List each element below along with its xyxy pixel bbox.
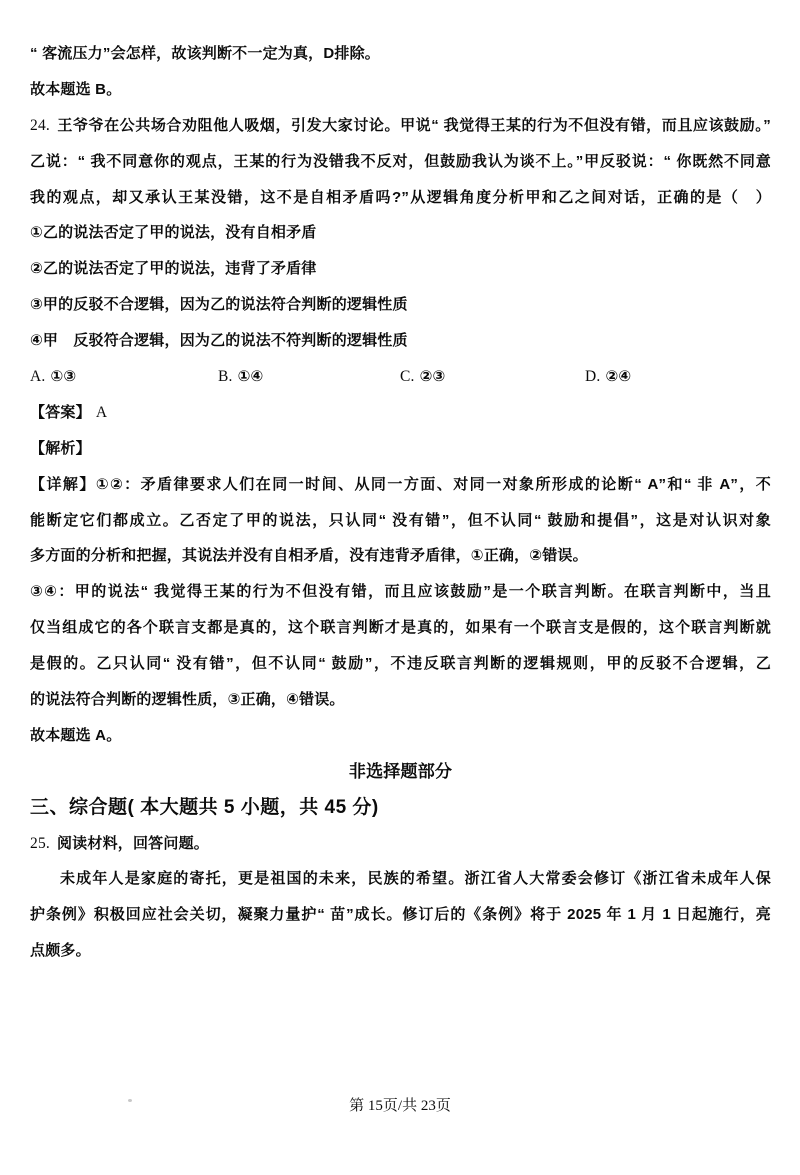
choice-c-label: C. — [400, 368, 415, 385]
question-24-choice-row: A.①③ B.①④ C.②③ D.②④ — [30, 359, 771, 395]
question-24-option-3: ③甲的反驳不合逻辑，因为乙的说法符合判断的逻辑性质 — [30, 287, 771, 323]
question-24-number: 24. — [30, 117, 50, 134]
question-24-stem-line-1: 24.王爷爷在公共场合劝阻他人吸烟，引发大家讨论。甲说“ 我觉得王某的行为不但没… — [30, 108, 771, 144]
material-line-3: 点颇多。 — [30, 933, 771, 969]
choice-a-value: ①③ — [50, 368, 76, 385]
choice-d: D.②④ — [585, 359, 631, 395]
detail-line-5: 仅当组成它的各个联言支都是真的，这个联言判断才是真的，如果有一个联言支是假的，这… — [30, 610, 771, 646]
question-24-stem-line-2: 乙说：“ 我不同意你的观点，王某的行为没错我不反对，但鼓励我认为谈不上。”甲反驳… — [30, 144, 771, 180]
question-24-option-4: ④甲 反驳符合逻辑，因为乙的说法不符判断的逻辑性质 — [30, 323, 771, 359]
answer-label: 【答案】 — [30, 404, 91, 421]
detail-line-4: ③④：甲的说法“ 我觉得王某的行为不但没有错，而且应该鼓励”是一个联言判断。在联… — [30, 574, 771, 610]
question-24-conclusion: 故本题选 A。 — [30, 718, 771, 754]
material-line-1: 未成年人是家庭的寄托，更是祖国的未来，民族的希望。浙江省人大常委会修订《浙江省未… — [30, 861, 771, 897]
question-24-stem-text: 王爷爷在公共场合劝阻他人吸烟，引发大家讨论。甲说“ 我觉得王某的行为不但没有错，… — [57, 117, 771, 134]
exam-document-page: “ 客流压力”会怎样，故该判断不一定为真，D排除。 故本题选 B。 24.王爷爷… — [0, 0, 800, 969]
question-24-option-1: ①乙的说法否定了甲的说法，没有自相矛盾 — [30, 215, 771, 251]
detail-line-1: 【详解】①②：矛盾律要求人们在同一时间、从同一方面、对同一对象所形成的论断“ A… — [30, 467, 771, 503]
material-line-2: 护条例》积极回应社会关切，凝聚力量护“ 苗”成长。修订后的《条例》将于 2025… — [30, 897, 771, 933]
choice-d-value: ②④ — [605, 368, 631, 385]
question-24-option-2: ②乙的说法否定了甲的说法，违背了矛盾律 — [30, 251, 771, 287]
detail-line-3: 多方面的分析和把握，其说法并没有自相矛盾，没有违背矛盾律，①正确，②错误。 — [30, 538, 771, 574]
carryover-explanation-line: “ 客流压力”会怎样，故该判断不一定为真，D排除。 — [30, 36, 771, 72]
choice-b: B.①④ — [218, 359, 263, 395]
question-25-intro-text: 阅读材料，回答问题。 — [57, 835, 209, 852]
choice-c-value: ②③ — [420, 368, 446, 385]
choice-b-label: B. — [218, 368, 233, 385]
analysis-label: 【解析】 — [30, 431, 771, 467]
section-heading: 三、综合题( 本大题共 5 小题，共 45 分) — [30, 790, 771, 826]
page-footer: 第 15页/共 23页 — [0, 1094, 800, 1115]
choice-d-label: D. — [585, 368, 600, 385]
question-25-number: 25. — [30, 835, 50, 852]
question-25-intro-line: 25.阅读材料，回答问题。 — [30, 826, 771, 862]
choice-a: A.①③ — [30, 359, 76, 395]
choice-b-value: ①④ — [238, 368, 264, 385]
detail-line-7: 的说法符合判断的逻辑性质，③正确，④错误。 — [30, 682, 771, 718]
question-24-stem-line-3: 我的观点，却又承认王某没错，这不是自相矛盾吗?”从逻辑角度分析甲和乙之间对话，正… — [30, 180, 771, 216]
choice-c: C.②③ — [400, 359, 445, 395]
detail-line-2: 能断定它们都成立。乙否定了甲的说法，只认同“ 没有错”，但不认同“ 鼓励和提倡”… — [30, 503, 771, 539]
answer-line: 【答案】A — [30, 395, 771, 431]
section-part-title: 非选择题部分 — [30, 754, 771, 790]
previous-question-conclusion: 故本题选 B。 — [30, 72, 771, 108]
choice-a-label: A. — [30, 368, 45, 385]
answer-value: A — [96, 404, 107, 421]
detail-line-6: 是假的。乙只认同“ 没有错”，但不认同“ 鼓励”，不违反联言判断的逻辑规则，甲的… — [30, 646, 771, 682]
